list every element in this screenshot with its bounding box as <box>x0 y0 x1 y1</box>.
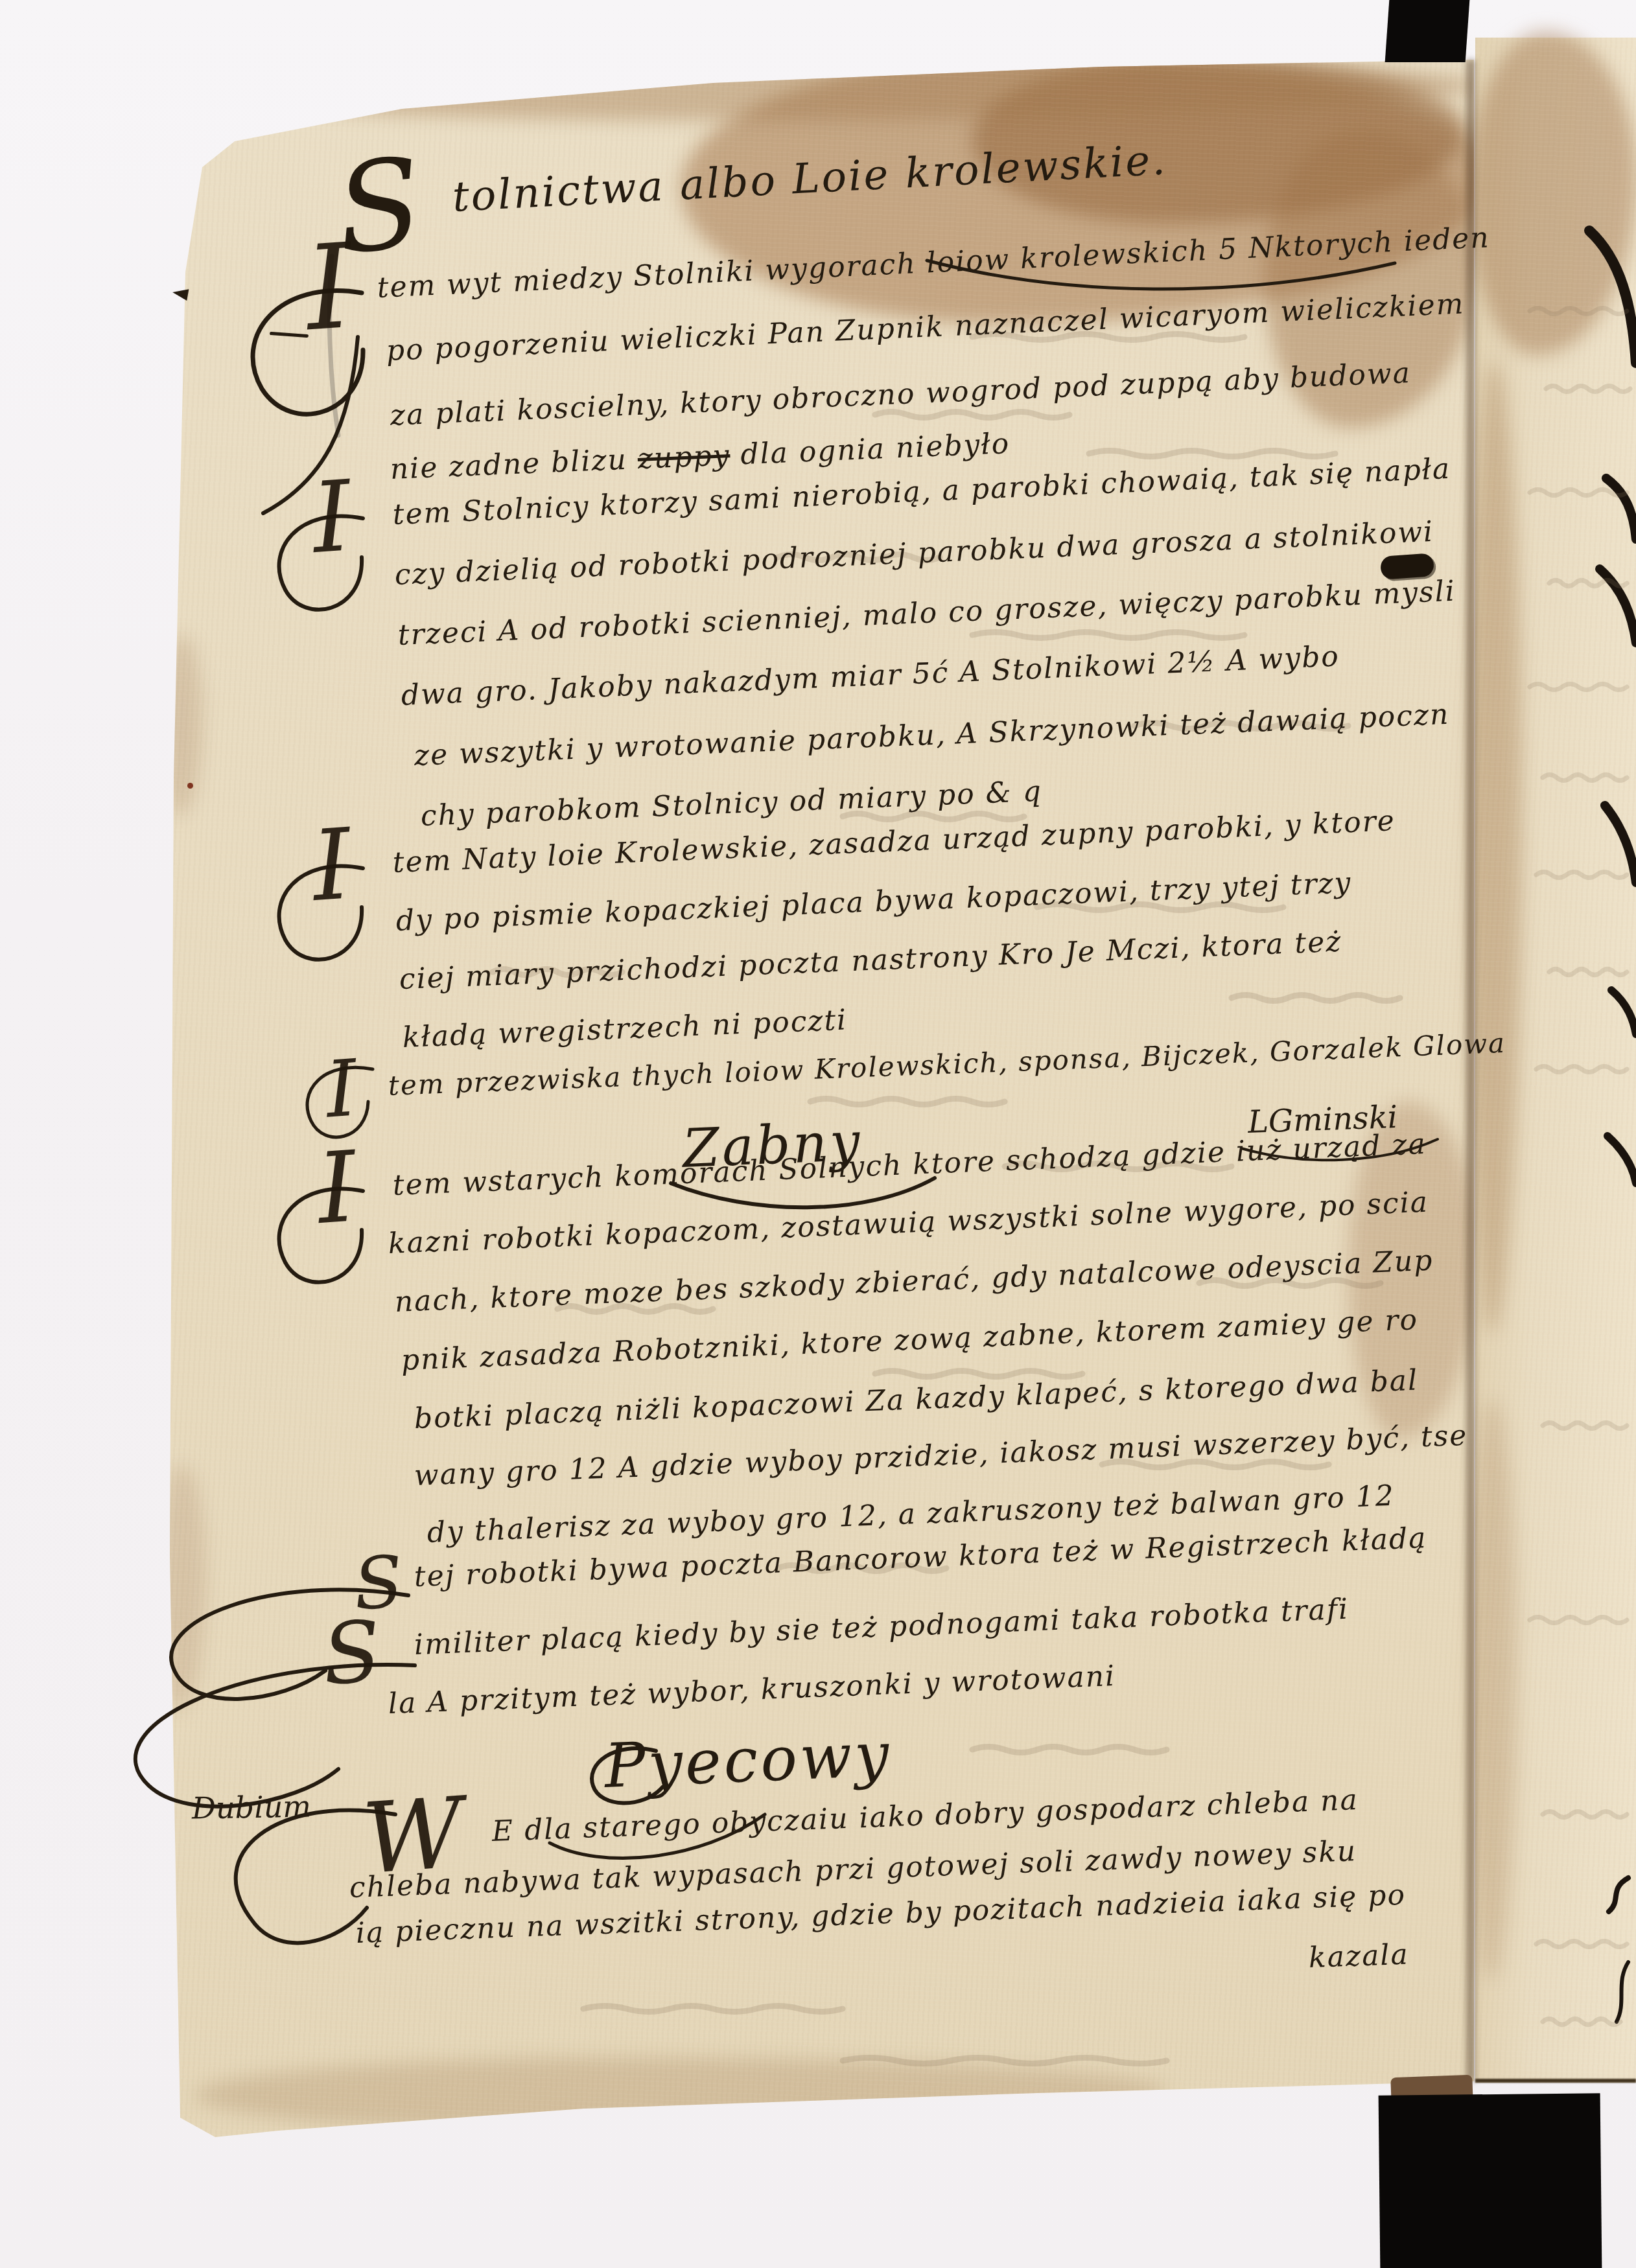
section-initial: I <box>314 1131 360 1246</box>
section-initial: I <box>309 808 355 923</box>
facing-page-low-stain <box>1471 1398 1517 1982</box>
struck-out-word: zuppy <box>637 439 731 476</box>
book-gutter-shadow <box>1466 60 1475 2081</box>
facing-page-edge <box>1475 38 1636 2083</box>
margin-note: Dubium <box>192 1788 312 1825</box>
line-text: kazala <box>1308 1938 1409 1974</box>
left-edge-stain-2 <box>161 1464 206 1711</box>
left-edge-stain-1 <box>163 635 202 816</box>
section-initial: I <box>323 1044 360 1136</box>
section-initial: I <box>309 460 355 575</box>
scanned-manuscript: Stolnictwa albo Loie krolewskie.DubiumLG… <box>0 0 1636 2268</box>
text-line: kazala <box>1308 1938 1409 1974</box>
margin-arrow-mark <box>172 286 189 301</box>
facing-page-gutter-stain <box>1470 362 1522 1334</box>
heading-pyecowy: Pyecowy <box>603 1720 893 1802</box>
bottom-edge-stain <box>194 2057 1167 2132</box>
book-cover-black <box>1379 2093 1602 2268</box>
facing-page-top-stain <box>1469 31 1636 355</box>
section-initial: I <box>301 219 357 357</box>
section-initial: S <box>320 1602 384 1704</box>
book-spine-top <box>1385 0 1470 62</box>
page-bottom-edge-line <box>1475 2079 1636 2083</box>
red-speck <box>187 783 193 789</box>
